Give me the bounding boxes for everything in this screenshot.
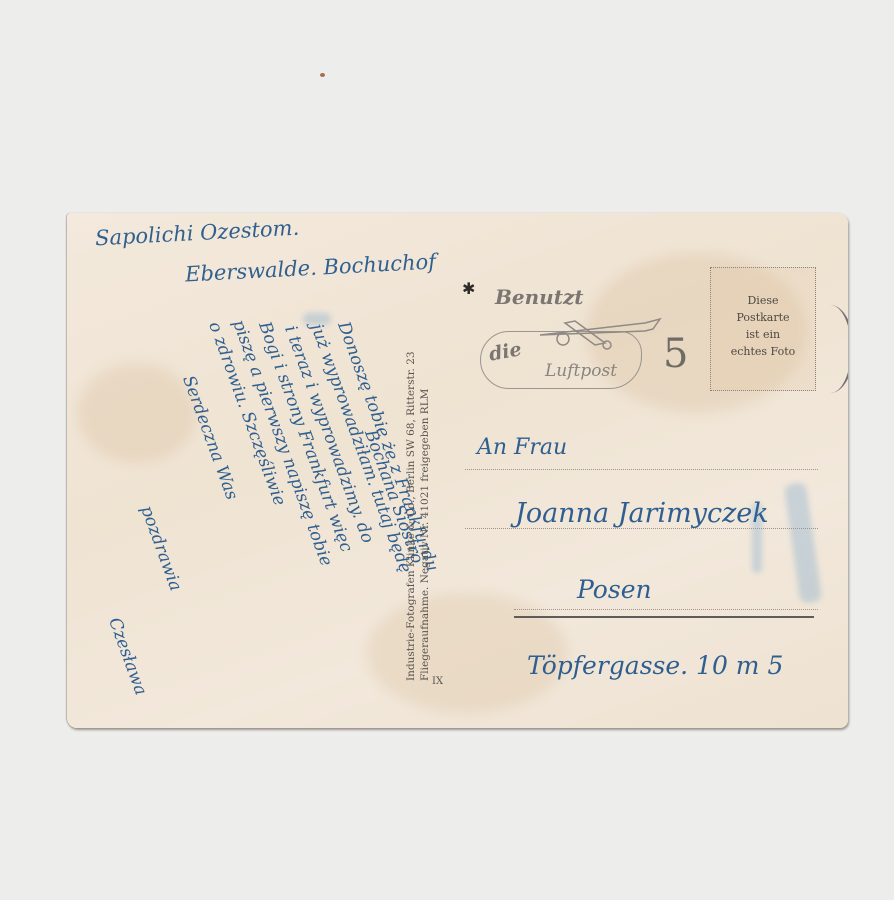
dust-speck xyxy=(320,73,325,77)
stamp-text-line: Diese xyxy=(711,292,815,309)
stamp-text-line: Postkarte xyxy=(711,309,815,326)
imprint-line-2: Fliegeraufnahme. Negativ Nr. 41021 freig… xyxy=(419,389,431,681)
airmail-slogan-postmark: ✱ Benutzt die Luftpost 5 xyxy=(475,283,675,398)
series-number: IX xyxy=(432,676,443,687)
slogan-word-1: Benutzt xyxy=(495,285,584,309)
stamp-text-line: ist ein xyxy=(711,326,815,343)
address-city: Posen xyxy=(577,575,652,604)
postcard: Sapolichi Ozestom. Eberswalde. Bochuchof… xyxy=(67,213,848,728)
address-street: Töpfergasse. 10 m 5 xyxy=(527,651,783,680)
stamp-placeholder-box: Diese Postkarte ist ein echtes Foto xyxy=(710,267,816,391)
ink-smear xyxy=(303,313,331,325)
postmark-cancel-arc xyxy=(807,305,848,393)
airplane-icon xyxy=(535,313,665,353)
imprint-line-1: Industrie-Fotografen Klinke & Co., Berli… xyxy=(405,351,417,681)
ink-smear xyxy=(784,482,822,604)
signature: Czesława xyxy=(104,615,151,698)
publisher-imprint: Industrie-Fotografen Klinke & Co., Berli… xyxy=(397,265,457,685)
address-salutation: An Frau xyxy=(477,435,567,460)
message-line: pozdrawia xyxy=(136,503,185,594)
stamp-text-line: echtes Foto xyxy=(711,343,815,360)
slogan-number: 5 xyxy=(663,331,688,377)
address-dotted-line xyxy=(514,609,818,610)
slogan-word-3: Luftpost xyxy=(545,361,617,381)
address-name: Joanna Jarimyczek xyxy=(515,498,769,529)
address-solid-line xyxy=(514,616,814,618)
asterisk-mark: ✱ xyxy=(462,279,475,298)
address-dotted-line xyxy=(465,469,818,470)
handwritten-message: Bochana Siostro Donoszę tobie że z Frank… xyxy=(97,303,397,723)
greeting-line-1: Sapolichi Ozestom. xyxy=(95,216,300,251)
